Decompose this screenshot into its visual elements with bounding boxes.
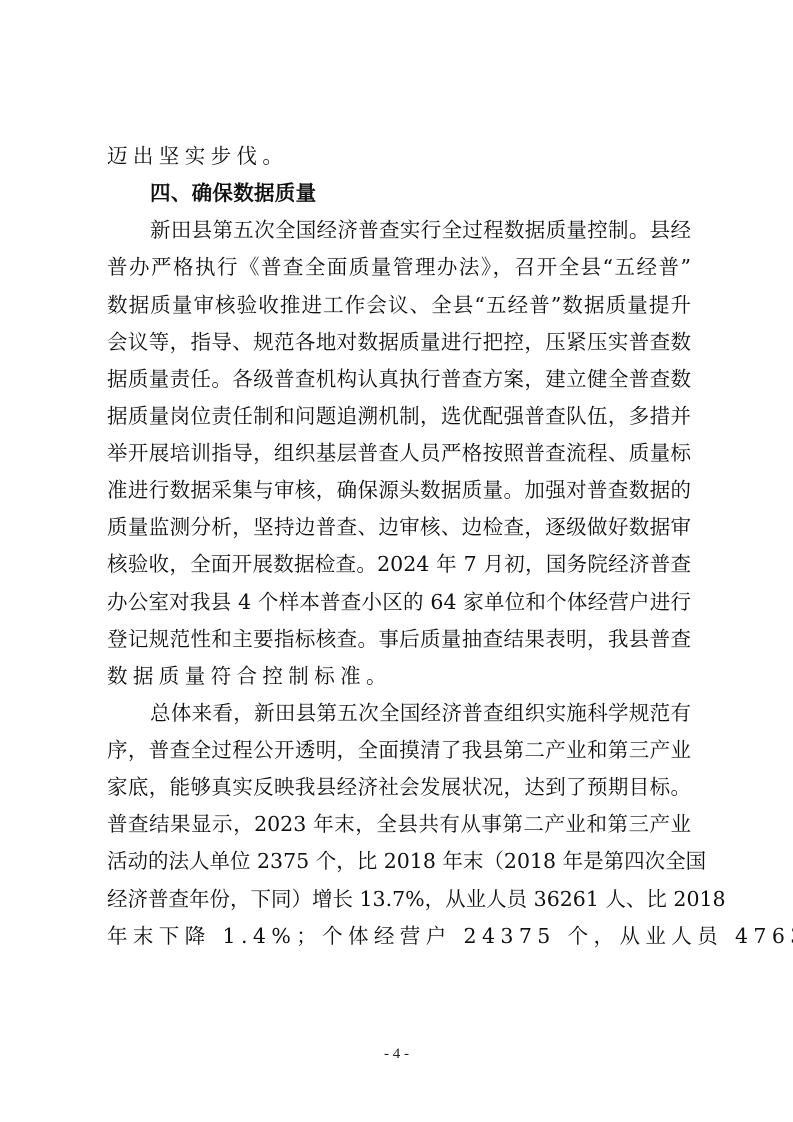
text-line: 普查结果显示，2023 年末，全县共有从事第二产业和第三产业: [107, 806, 691, 843]
text-line: 核验收，全面开展数据检查。2024 年 7 月初，国务院经济普查: [107, 546, 691, 583]
text-line: 普办严格执行《普查全面质量管理办法》，召开全县“五经普”: [107, 249, 691, 286]
text-line: 登记规范性和主要指标核查。事后质量抽查结果表明，我县普查: [107, 621, 691, 658]
text-line: 总体来看，新田县第五次全国经济普查组织实施科学规范有: [107, 695, 691, 732]
text-line: 家底，能够真实反映我县经济社会发展状况，达到了预期目标。: [107, 769, 691, 806]
document-page: 迈出坚实步伐。 四、确保数据质量 新田县第五次全国经济普查实行全过程数据质量控制…: [0, 0, 793, 1122]
text-line: 据质量岗位责任制和问题追溯机制，选优配强普查队伍，多措并: [107, 398, 691, 435]
text-line: 活动的法人单位 2375 个，比 2018 年末（2018 年是第四次全国: [107, 843, 691, 880]
text-line: 新田县第五次全国经济普查实行全过程数据质量控制。县经: [107, 212, 691, 249]
page-number: - 4 -: [0, 1046, 793, 1063]
text-line: 序，普查全过程公开透明，全面摸清了我县第二产业和第三产业: [107, 732, 691, 769]
text-line: 年末下降 1.4%；个体经营户 24375 个，从业人员 47635 人。: [107, 918, 691, 955]
text-line: 准进行数据采集与审核，确保源头数据质量。加强对普查数据的: [107, 472, 691, 509]
text-line: 经济普查年份，下同）增长 13.7%，从业人员 36261 人、比 2018: [107, 881, 691, 918]
paragraph-data-quality: 新田县第五次全国经济普查实行全过程数据质量控制。县经 普办严格执行《普查全面质量…: [107, 212, 691, 695]
text-line: 举开展培训指导，组织基层普查人员严格按照普查流程、质量标: [107, 435, 691, 472]
body-text: 迈出坚实步伐。 四、确保数据质量 新田县第五次全国经济普查实行全过程数据质量控制…: [107, 138, 691, 955]
text-line: 会议等，指导、规范各地对数据质量进行把控，压紧压实普查数: [107, 324, 691, 361]
section-heading: 四、确保数据质量: [107, 175, 691, 212]
text-line: 据质量责任。各级普查机构认真执行普查方案，建立健全普查数: [107, 361, 691, 398]
text-line: 迈出坚实步伐。: [107, 138, 691, 175]
text-line: 数据质量符合控制标准。: [107, 658, 691, 695]
text-line: 质量监测分析，坚持边普查、边审核、边检查，逐级做好数据审: [107, 509, 691, 546]
text-line: 办公室对我县 4 个样本普查小区的 64 家单位和个体经营户进行: [107, 584, 691, 621]
paragraph-summary: 总体来看，新田县第五次全国经济普查组织实施科学规范有 序，普查全过程公开透明，全…: [107, 695, 691, 955]
text-line: 数据质量审核验收推进工作会议、全县“五经普”数据质量提升: [107, 287, 691, 324]
paragraph-continuation: 迈出坚实步伐。: [107, 138, 691, 175]
